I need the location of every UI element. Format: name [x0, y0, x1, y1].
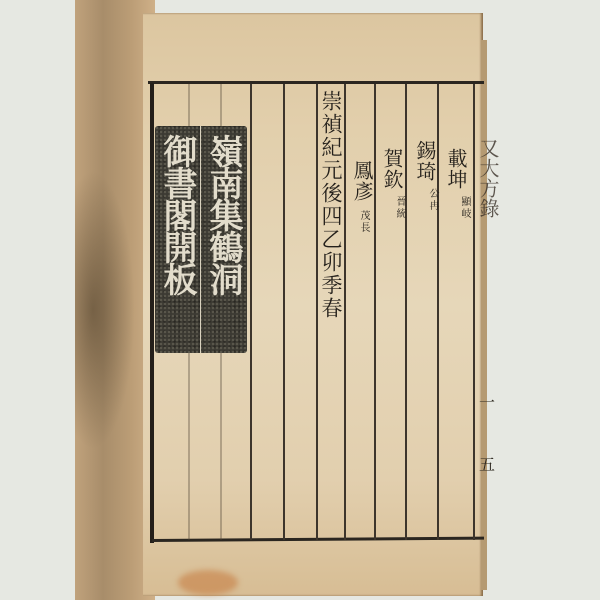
column-line [473, 84, 475, 540]
column-line [250, 84, 252, 540]
column-line [283, 84, 285, 540]
water-stain [178, 570, 238, 595]
name-4-note: 顯岐 [458, 196, 470, 220]
column-line [437, 84, 439, 540]
name-3-note: 公冉 [426, 188, 438, 212]
name-1-note: 茂長 [357, 210, 369, 234]
edge-mark-2: 五 [479, 452, 495, 475]
frame-left-border [150, 83, 154, 543]
page-edge [481, 40, 487, 590]
name-1: 鳳彥 [350, 160, 374, 202]
publisher-seal: 嶺南集鶴洞 御書閣開板 [155, 126, 247, 353]
name-4: 載坤 [444, 148, 468, 190]
edge-mark-1: 一 [479, 390, 495, 413]
facing-page-shadow [75, 170, 135, 450]
name-2-note: 晉統 [393, 196, 405, 220]
column-line [405, 84, 407, 540]
edge-tab-text: 又大方錄 [478, 138, 498, 218]
column-line [374, 84, 376, 540]
date-line: 崇禎紀元後四乙卯季春 [318, 90, 344, 320]
name-3: 錫琦 [413, 140, 437, 182]
seal-left-column: 御書閣開板 [155, 134, 199, 294]
name-2: 賀欽 [380, 148, 404, 190]
seal-right-column: 嶺南集鶴洞 [201, 134, 245, 294]
column-line [344, 84, 346, 540]
